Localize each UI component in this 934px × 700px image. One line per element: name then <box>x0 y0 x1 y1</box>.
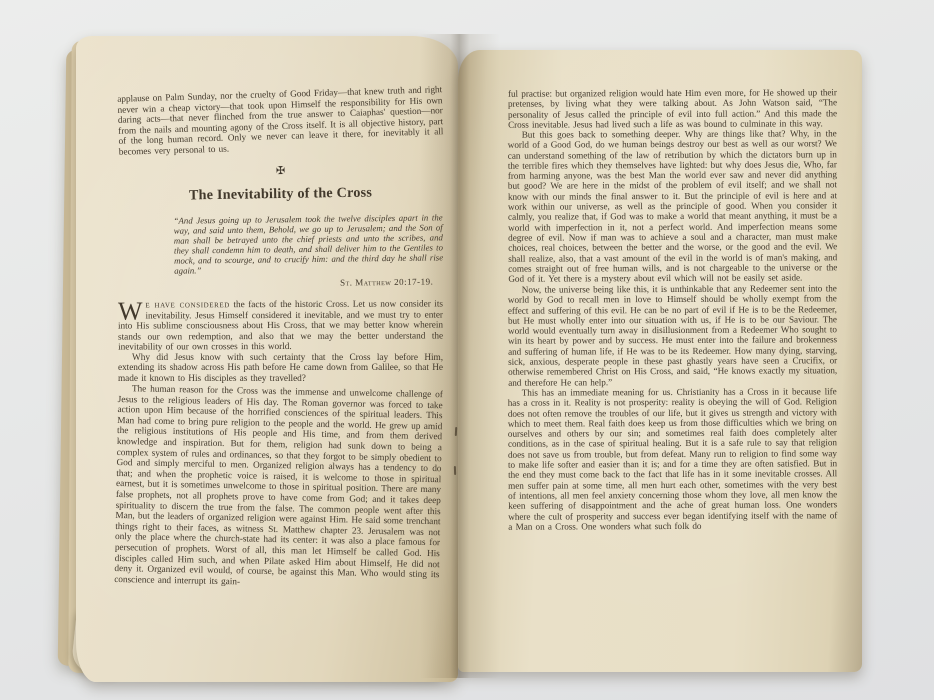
chapter-title: The Inevitability of the Cross <box>118 183 443 205</box>
cross-ornament-icon: ✠ <box>118 161 443 180</box>
staple-mark <box>454 466 456 475</box>
right-body-paragraph: ful practise: but organized religion wou… <box>508 87 837 130</box>
left-intro-paragraph: applause on Palm Sunday, nor the cruelty… <box>117 85 444 158</box>
lead-paragraph: We have considered the facts of the hist… <box>118 299 443 353</box>
right-body-paragraph: Now, the universe being like this, it is… <box>508 283 837 387</box>
scripture-quote: “And Jesus going up to Jerusalem took th… <box>174 212 444 275</box>
drop-cap: W <box>118 300 146 321</box>
scripture-block: “And Jesus going up to Jerusalem took th… <box>174 212 444 289</box>
left-body-paragraph: The human reason for the Cross was the i… <box>114 384 443 591</box>
lead-smallcaps: e have considered <box>145 300 230 310</box>
scripture-attribution: St. Matthew 20:17-19. <box>174 276 443 289</box>
photo-background: applause on Palm Sunday, nor the cruelty… <box>0 0 934 700</box>
left-page: applause on Palm Sunday, nor the cruelty… <box>76 36 458 682</box>
right-body-paragraph: But this goes back to something deeper. … <box>508 128 838 284</box>
right-body-paragraph: This has an immediate meaning for us. Ch… <box>508 386 838 532</box>
right-page: ful practise: but organized religion wou… <box>458 50 862 672</box>
left-body-paragraph: Why did Jesus know with such certainty t… <box>118 353 443 385</box>
